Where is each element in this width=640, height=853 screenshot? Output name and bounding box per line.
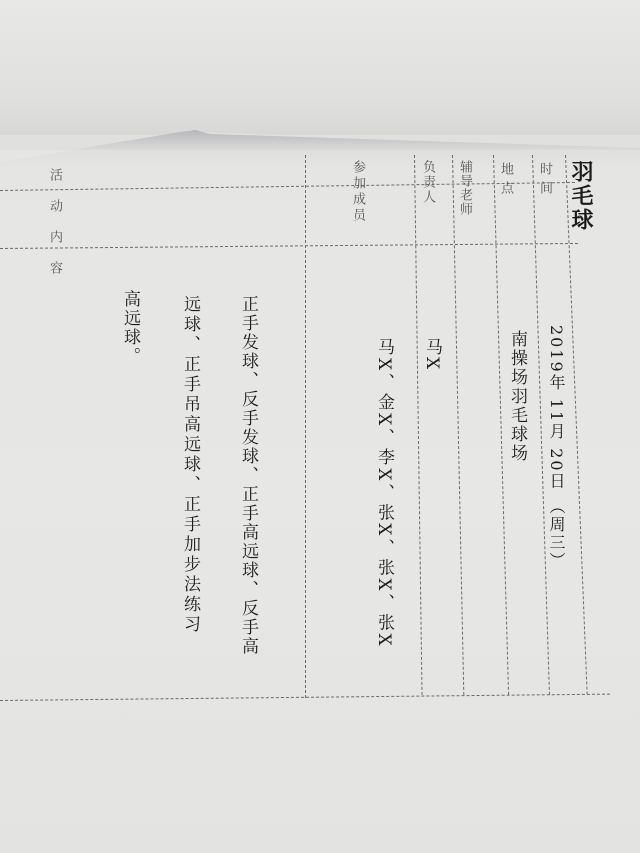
content-line-2: 远球、正手吊高远球、正手加步法练习 — [178, 295, 203, 635]
form-title: 羽毛球 — [566, 160, 597, 232]
content-line-3: 高远球。 — [118, 290, 143, 366]
col-divider-members — [305, 155, 306, 698]
curled-top-sheet — [0, 0, 640, 135]
members-label: 参加成员 — [348, 160, 367, 224]
leader-value: 马X — [420, 338, 445, 371]
location-value: 南操场羽毛球场 — [505, 330, 530, 463]
time-value: 2019年 11月 20日 （周三） — [545, 325, 568, 570]
members-value: 马X、金X、李X、张X、张X、张X — [372, 338, 397, 649]
time-label: 时间 — [535, 162, 554, 200]
leader-label: 负责人 — [418, 160, 437, 205]
content-line-1: 正手发球、反手发球、正手高远球、反手高 — [236, 295, 261, 656]
document-page — [0, 150, 640, 853]
location-label: 地点 — [496, 162, 515, 200]
coach-label: 辅导老师 — [455, 160, 474, 216]
content-label: 活动内容 — [45, 168, 64, 292]
